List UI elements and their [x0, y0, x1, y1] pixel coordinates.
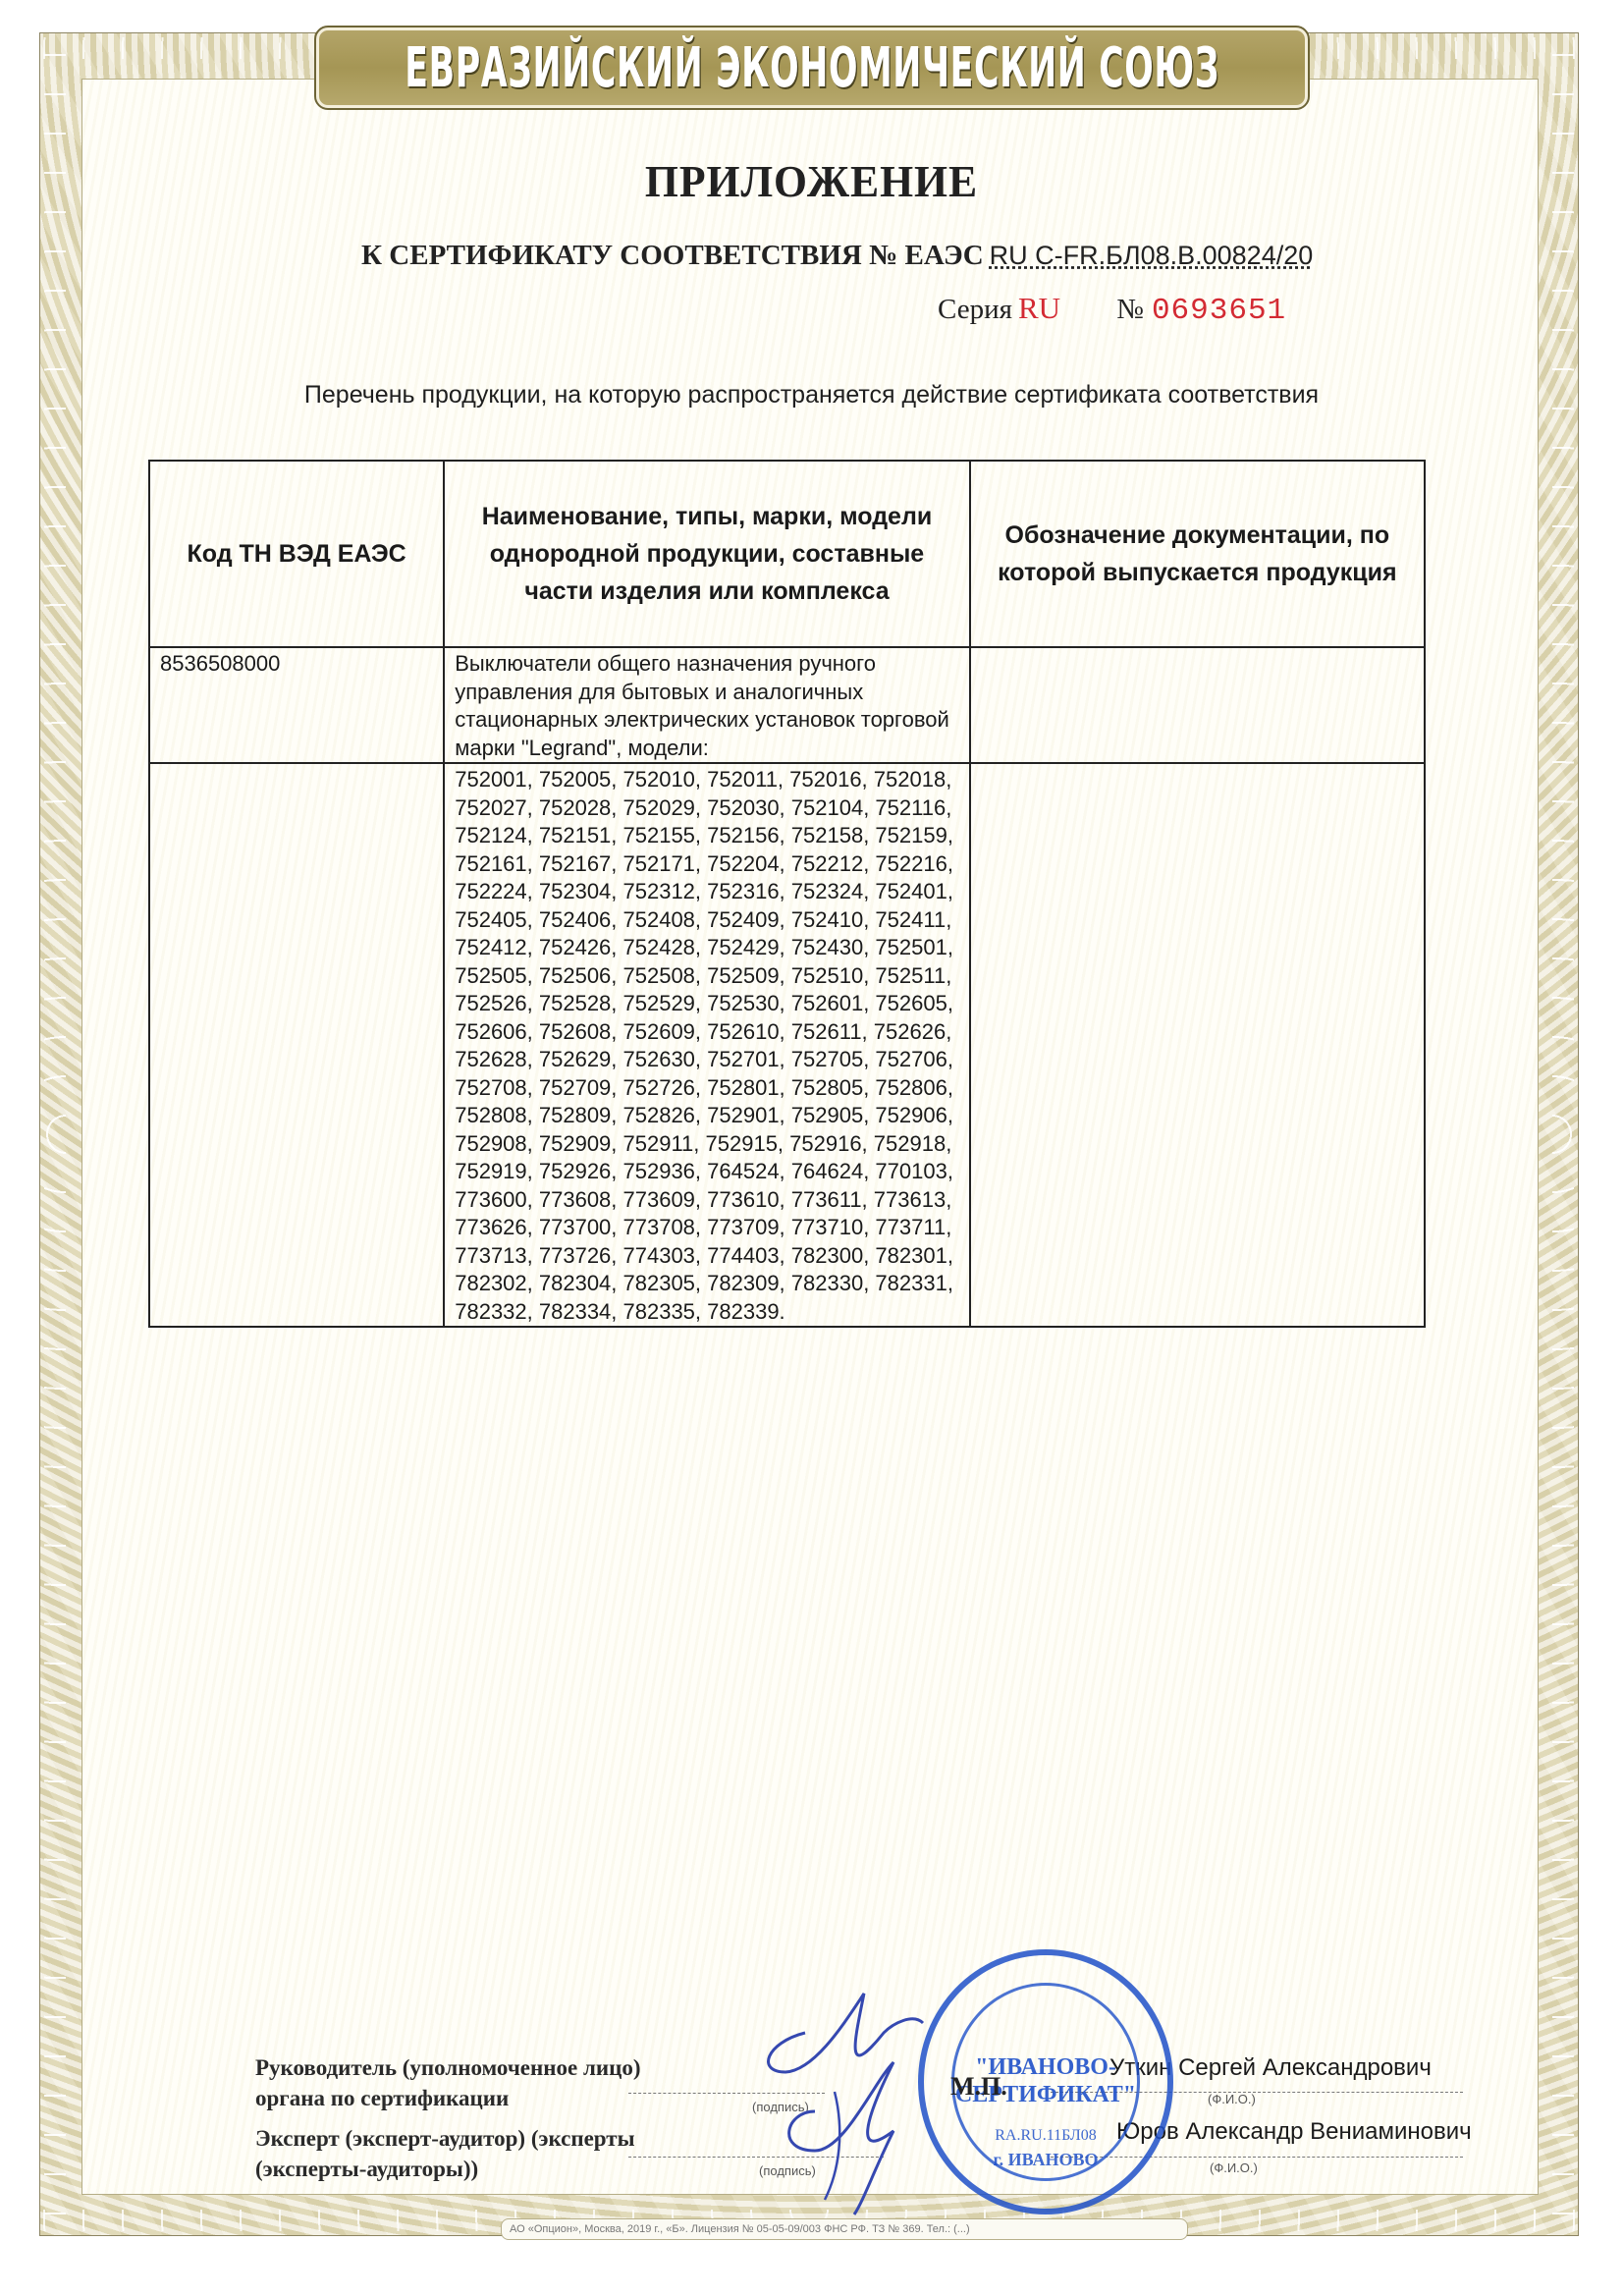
series-label: Серия	[938, 294, 1012, 325]
cell-hs-code: 8536508000	[149, 647, 444, 763]
certificate-reference: К СЕРТИФИКАТУ СООТВЕТСТВИЯ № ЕАЭСRU C-FR…	[361, 240, 1313, 272]
cell-product-description: Выключатели общего назначения ручного уп…	[444, 647, 969, 763]
expert-name: Юров Александр Вениаминович	[1116, 2118, 1472, 2146]
cell-documentation	[970, 647, 1425, 763]
stamp-registration: RA.RU.11БЛ08	[924, 2127, 1167, 2145]
printer-info: АО «Опцион», Москва, 2019 г., «Б». Лицен…	[501, 2218, 1188, 2240]
header-documentation: Обозначение документации, по которой вып…	[970, 461, 1425, 647]
frame-wave-decoration	[1552, 33, 1574, 2235]
seal-placeholder: М.П.	[950, 2072, 1007, 2102]
cell-documentation	[970, 763, 1425, 1327]
name-hint: (Ф.И.О.)	[1210, 2160, 1258, 2175]
table-row: 8536508000 Выключатели общего назначения…	[149, 647, 1425, 763]
head-of-body-label: Руководитель (уполномоченное лицо) орган…	[255, 2052, 648, 2113]
document-title: ПРИЛОЖЕНИЕ	[40, 155, 1582, 207]
union-banner-text: ЕВРАЗИЙСКИЙ ЭКОНОМИЧЕСКИЙ СОЮЗ	[405, 36, 1219, 100]
table-header-row: Код ТН ВЭД ЕАЭС Наименование, типы, марк…	[149, 461, 1425, 647]
header-product-name: Наименование, типы, марки, модели одноро…	[444, 461, 969, 647]
series-line: СерияRU №0693651	[938, 291, 1286, 328]
table-row: 752001, 752005, 752010, 752011, 752016, …	[149, 763, 1425, 1327]
name-hint: (Ф.И.О.)	[1208, 2092, 1256, 2106]
certificate-prefix: К СЕРТИФИКАТУ СООТВЕТСТВИЯ № ЕАЭС	[361, 240, 984, 271]
certificate-number: RU C-FR.БЛ08.В.00824/20	[990, 241, 1314, 270]
expert-label: Эксперт (эксперт-аудитор) (эксперты (экс…	[255, 2123, 668, 2184]
number-label: №	[1116, 294, 1144, 325]
cell-model-list: 752001, 752005, 752010, 752011, 752016, …	[444, 763, 969, 1327]
frame-wave-decoration	[44, 33, 66, 2235]
stamp-city: г. ИВАНОВО	[924, 2150, 1167, 2170]
header-hs-code: Код ТН ВЭД ЕАЭС	[149, 461, 444, 647]
product-table: Код ТН ВЭД ЕАЭС Наименование, типы, марк…	[148, 460, 1426, 1328]
series-value: RU	[1018, 291, 1060, 325]
cell-hs-code	[149, 763, 444, 1327]
union-banner: ЕВРАЗИЙСКИЙ ЭКОНОМИЧЕСКИЙ СОЮЗ	[316, 27, 1308, 108]
form-number: 0693651	[1152, 294, 1286, 328]
handwritten-signature	[746, 1964, 943, 2219]
product-list-intro: Перечень продукции, на которую распростр…	[0, 381, 1623, 410]
